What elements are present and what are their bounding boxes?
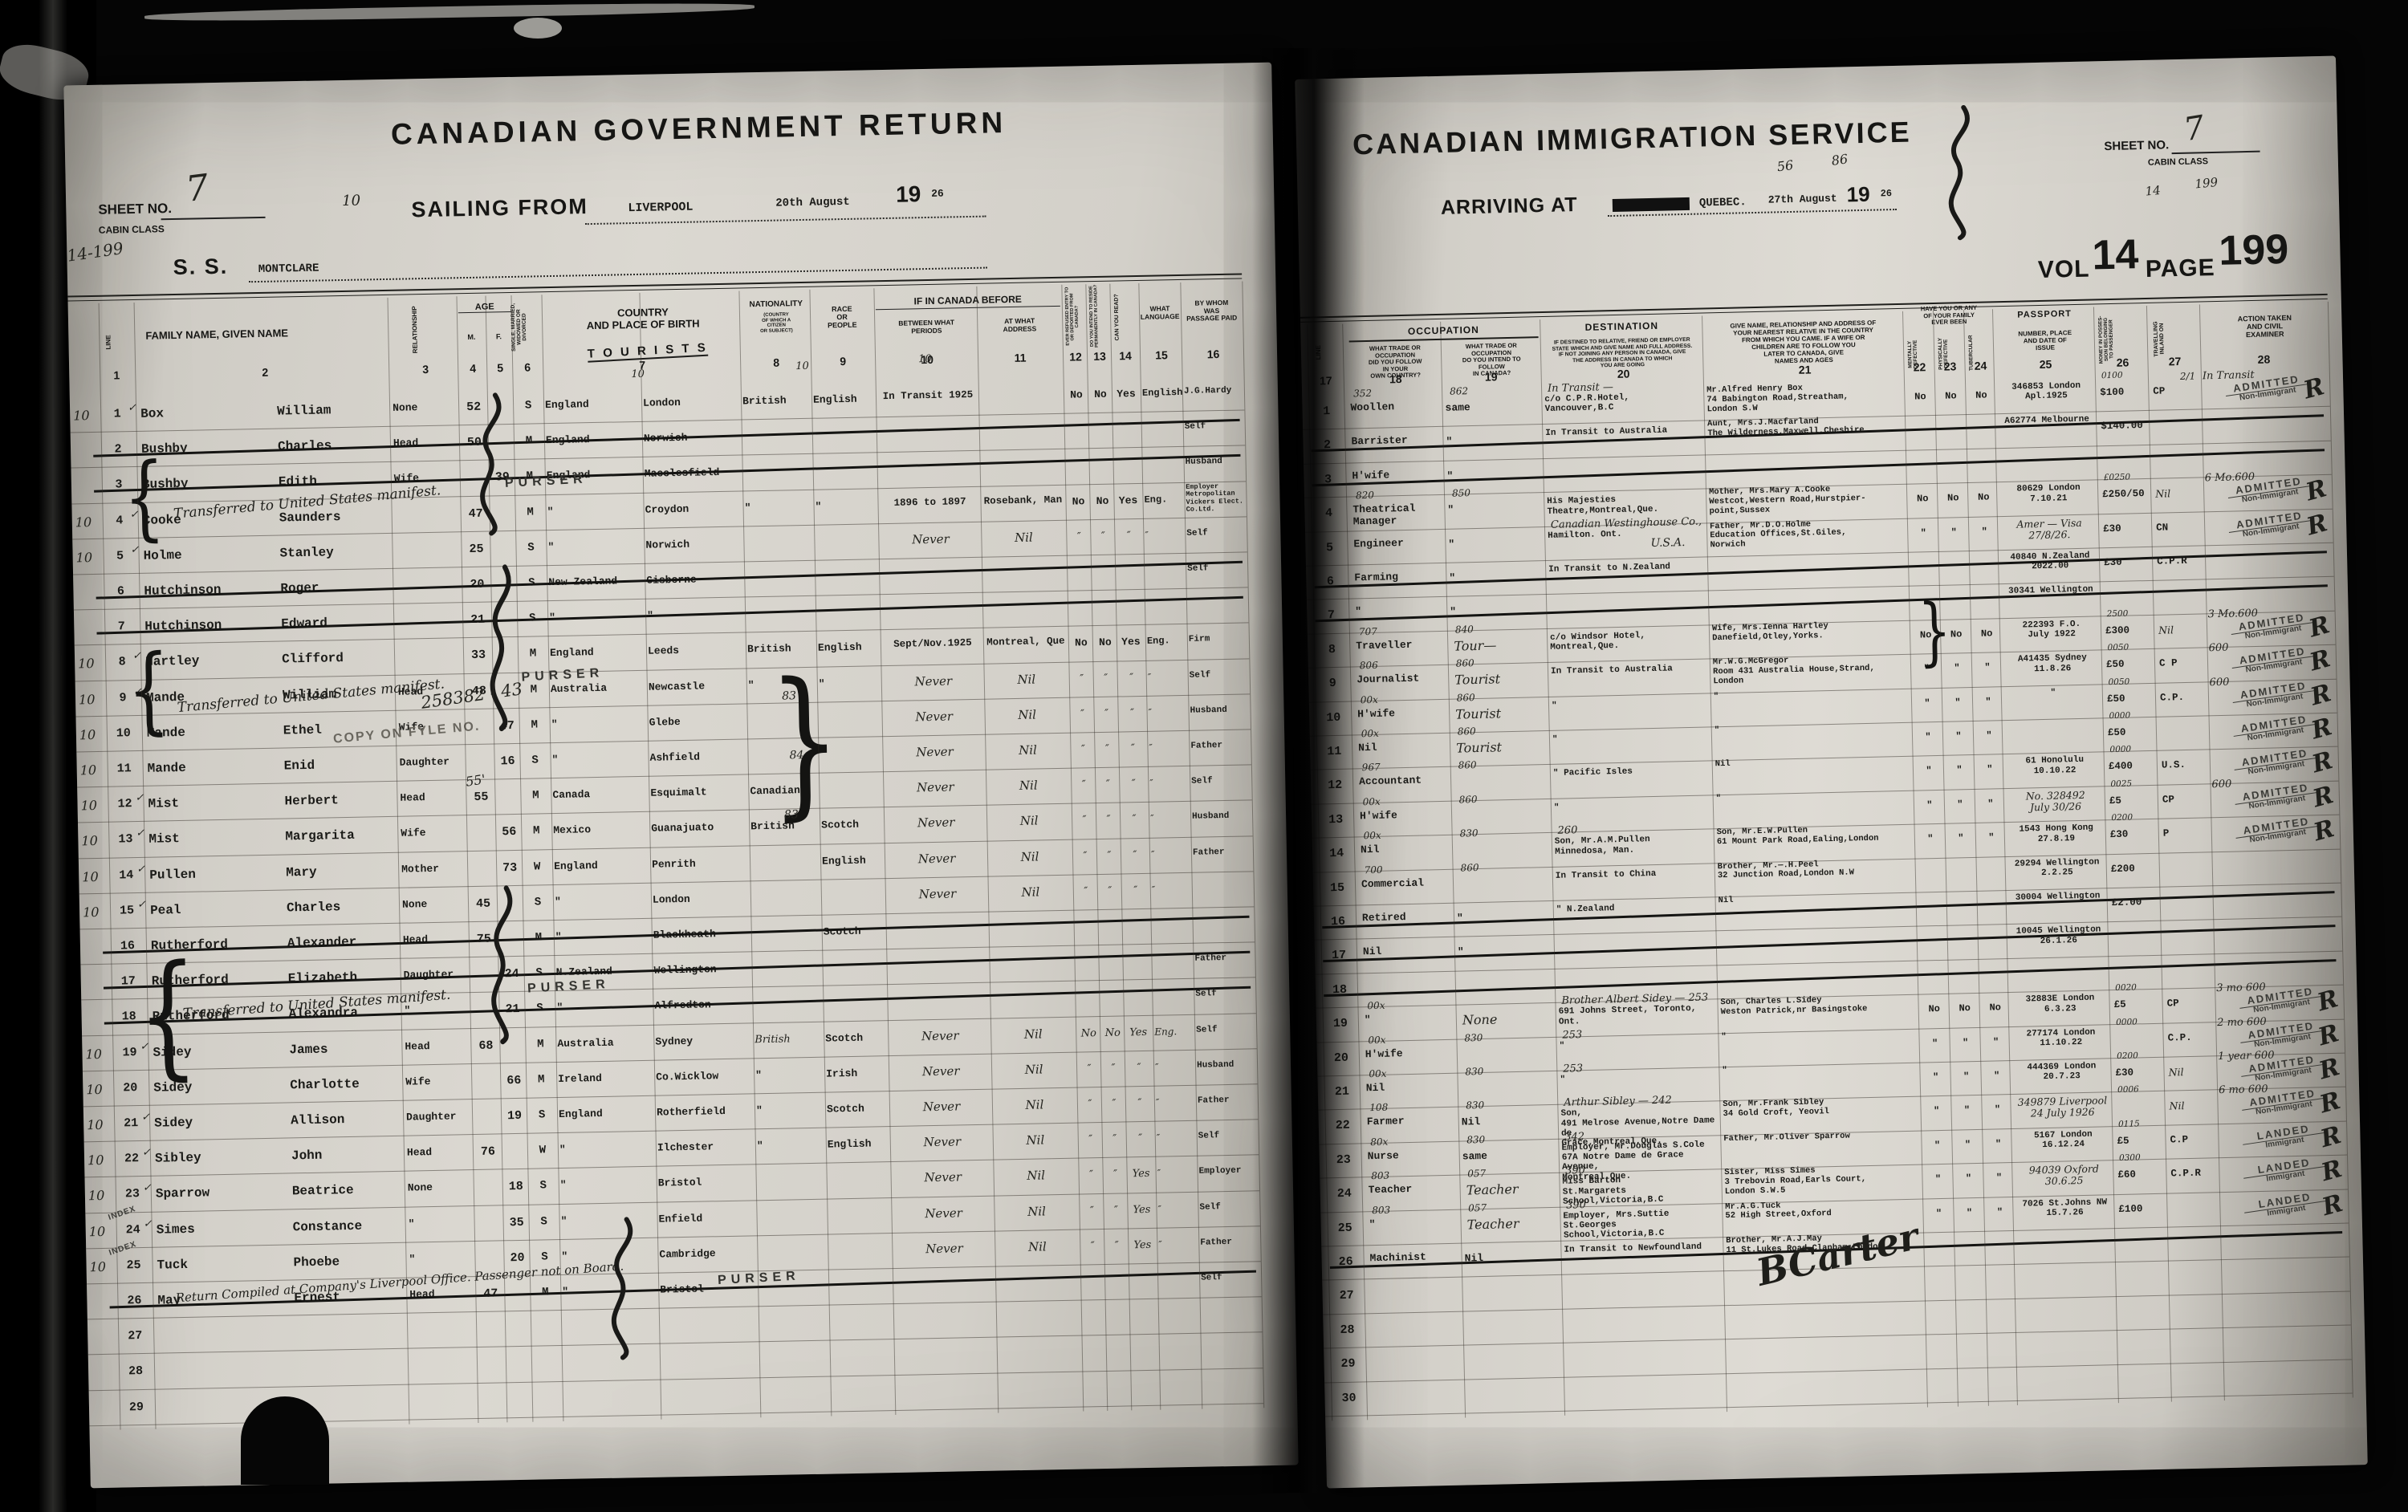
column-lines-left bbox=[63, 63, 1271, 86]
passage-paid-by: Self bbox=[1199, 1201, 1259, 1213]
family-name: Tuck bbox=[157, 1255, 291, 1272]
refused-entry: ″ bbox=[1078, 1063, 1100, 1075]
occ-intend-handwritten: Tourist bbox=[1454, 670, 1543, 687]
money-hand: 0100 bbox=[2101, 370, 2146, 380]
country-of-birth: " bbox=[560, 1177, 657, 1191]
refused-entry: ″ bbox=[1080, 1169, 1103, 1181]
nationality: British bbox=[755, 1032, 824, 1046]
canada-before-address: Nil bbox=[988, 813, 1070, 829]
passport: 29294 Wellington 2.2.25 bbox=[2008, 857, 2107, 879]
physically-defective: ″ bbox=[1946, 730, 1971, 742]
col-refused: EVER REFUSED ENTRY TO OR DEPORTED FROM C… bbox=[1065, 284, 1084, 348]
occ-intend-hand: 862 bbox=[1450, 384, 1498, 396]
reside-permanently: ″ bbox=[1104, 1169, 1127, 1181]
age: 73 bbox=[498, 860, 522, 875]
occ-intend-handwritten: Tour— bbox=[1454, 636, 1542, 653]
canada-before-periods: Never bbox=[886, 850, 987, 866]
family-name: Simes bbox=[157, 1220, 291, 1237]
handwritten-mark: 199 bbox=[2194, 175, 2219, 192]
reside-permanently: ″ bbox=[1092, 530, 1114, 543]
can-read: Yes bbox=[1125, 1026, 1151, 1038]
can-read: ″ bbox=[1119, 671, 1145, 684]
physically-defective: ″ bbox=[1945, 697, 1971, 709]
col-family-group: HAVE YOU OR ANY OF YOUR FAMILY EVER BEEN bbox=[1901, 304, 1998, 327]
occ-own-hand: 803 bbox=[1371, 1169, 1419, 1181]
place-of-birth: London bbox=[653, 892, 750, 905]
handwritten-mark: 55' bbox=[465, 771, 486, 790]
money-hand: 0050 bbox=[2108, 676, 2153, 686]
place-of-birth: Guanajuato bbox=[651, 821, 749, 835]
relationship: Head bbox=[400, 791, 467, 804]
col-name: FAMILY NAME, GIVEN NAME bbox=[145, 325, 386, 342]
passage-paid-by: Firm bbox=[1189, 634, 1249, 645]
destination: " bbox=[1552, 697, 1710, 711]
money-hand: 0050 bbox=[2107, 642, 2152, 652]
canada-before-periods: Never bbox=[885, 779, 986, 795]
passport: Amer — Visa 27/8/26. bbox=[2000, 517, 2099, 542]
age: 35 bbox=[504, 1215, 528, 1230]
passage-paid-by: Husband bbox=[1197, 1059, 1257, 1071]
handwritten-mark: 10 bbox=[795, 360, 809, 372]
money: £5 bbox=[2114, 998, 2161, 1010]
physically-defective: ″ bbox=[1953, 1071, 1979, 1083]
relationship: Wife bbox=[401, 826, 468, 839]
photographed-ledger: SHEET NO. 7 CABIN CLASS CANADIAN GOVERNM… bbox=[0, 0, 2408, 1512]
occ-intend-hand: 830 bbox=[1459, 827, 1507, 839]
can-read: ″ bbox=[1127, 1097, 1153, 1110]
money: £200 bbox=[2111, 862, 2158, 874]
arriving-port: QUEBEC. bbox=[1699, 196, 1747, 209]
given-name: James bbox=[289, 1040, 403, 1057]
examiner-signature: R bbox=[2317, 1120, 2348, 1153]
occupation-own-country: H'wife bbox=[1360, 809, 1451, 823]
marital-status: M bbox=[528, 1038, 552, 1051]
occupation-intend: " bbox=[1447, 502, 1539, 516]
place-of-birth: Bristol bbox=[658, 1176, 756, 1189]
canada-before-address: Nil bbox=[986, 742, 1068, 758]
page-number: 199 bbox=[2219, 226, 2289, 275]
canada-before-periods: Never bbox=[889, 1027, 990, 1043]
examiner-signature: R bbox=[2316, 1086, 2347, 1120]
annotations-left: 14-19910{Transferred to United States ma… bbox=[63, 63, 1271, 86]
destination: " bbox=[1554, 799, 1713, 813]
canada-before-periods: Never bbox=[890, 1063, 991, 1079]
reside-permanently: ″ bbox=[1104, 1204, 1127, 1217]
travelling-inland-on: C P bbox=[2159, 657, 2204, 669]
refused-entry: ″ bbox=[1079, 1098, 1101, 1111]
sheet-line bbox=[2172, 151, 2260, 154]
grouping-brace: } bbox=[768, 676, 842, 809]
occupation-own-country: Journalist bbox=[1357, 673, 1448, 686]
occupation-intend: " bbox=[1448, 536, 1540, 551]
occ-own-hand: 700 bbox=[1364, 863, 1412, 875]
place-of-birth: Leeds bbox=[648, 644, 746, 657]
family-name: Mist bbox=[148, 830, 283, 847]
country-of-birth: " bbox=[555, 894, 651, 908]
occupation-own-country: Nurse bbox=[1368, 1148, 1459, 1162]
check-mark: ✓ bbox=[137, 899, 150, 911]
canada-before-periods: Never bbox=[883, 709, 984, 725]
destination: 691 Johns Street, Toronto, Ont. bbox=[1559, 1003, 1719, 1026]
col-nationality-sub: (COUNTRY OF WHICH A CITIZEN OR SUBJECT) bbox=[744, 312, 809, 335]
language: Eng. bbox=[1144, 493, 1184, 505]
age: 25 bbox=[462, 542, 490, 556]
marital-status: S bbox=[516, 399, 540, 413]
tubercular: No bbox=[1968, 389, 1994, 401]
column-number: 14 bbox=[1112, 349, 1138, 363]
reside-permanently: ″ bbox=[1096, 743, 1118, 756]
margin-hand-ten: 10 bbox=[78, 656, 105, 672]
passage-paid-by: Husband bbox=[1192, 811, 1252, 823]
can-read: ″ bbox=[1119, 707, 1145, 720]
occupation-own-country: H'wife bbox=[1365, 1047, 1457, 1060]
money: £300 bbox=[2105, 624, 2152, 636]
relationship: Head bbox=[407, 1145, 474, 1159]
reside-permanently: No bbox=[1089, 388, 1112, 401]
passport: 61 Honolulu 10.10.22 bbox=[2006, 755, 2105, 777]
check-mark: ✓ bbox=[136, 863, 149, 875]
age: 19 bbox=[502, 1109, 527, 1124]
can-read: Yes bbox=[1129, 1239, 1155, 1252]
country-of-birth: " bbox=[551, 752, 648, 766]
physically-defective: No bbox=[1940, 492, 1966, 504]
nationality: " bbox=[757, 1139, 826, 1152]
examiner-signature: R bbox=[2303, 474, 2333, 507]
col-race: RACE OR PEOPLE bbox=[813, 304, 872, 330]
passport: 346853 London Apl.1925 bbox=[1997, 380, 2096, 402]
money: £30 bbox=[2110, 828, 2157, 840]
canada-before-periods: Never bbox=[891, 1099, 992, 1115]
country-of-birth: " bbox=[547, 503, 644, 517]
admitted-stamp: ADMITTEDNon-Immigrant bbox=[2235, 815, 2321, 847]
age: 16 bbox=[495, 754, 519, 769]
language: English bbox=[1142, 387, 1182, 399]
can-read: ″ bbox=[1121, 813, 1147, 826]
marital-status: M bbox=[523, 789, 547, 803]
travelling-inland-on: CP bbox=[2153, 385, 2198, 397]
country-of-birth: Ireland bbox=[558, 1071, 654, 1085]
tubercular: ″ bbox=[1977, 764, 2003, 776]
margin-hand-ten: 10 bbox=[89, 1258, 116, 1274]
language: ″ bbox=[1150, 812, 1190, 824]
margin-hand-ten: 10 bbox=[75, 550, 103, 566]
travelling-inland-on: Nil bbox=[2168, 1065, 2213, 1078]
landed-stamp: LANDEDImmigrant bbox=[2241, 1121, 2327, 1153]
vol-number: 14 bbox=[2092, 230, 2139, 279]
family-name: Peal bbox=[150, 900, 285, 917]
language: ″ bbox=[1151, 847, 1191, 860]
margin-hand-ten: 10 bbox=[88, 1188, 116, 1204]
column-number: 27 bbox=[2152, 355, 2197, 368]
col-nationality: NATIONALITY bbox=[741, 299, 811, 310]
age: 18 bbox=[504, 1180, 528, 1194]
occupation-intend: same bbox=[1462, 1148, 1554, 1163]
passage-paid-by: Self bbox=[1196, 1024, 1256, 1035]
reside-permanently: ″ bbox=[1095, 707, 1117, 720]
nearest-relative: Mother, Mrs.Mary A.Cooke Westcot,Western… bbox=[1709, 484, 1907, 517]
margin-hand-ten: 10 bbox=[87, 1117, 114, 1133]
mentally-defective: ″ bbox=[1926, 1207, 1951, 1219]
destination: Employer, Mrs.Suttie St.Georges School,V… bbox=[1563, 1208, 1723, 1241]
nationality: " bbox=[755, 1067, 824, 1081]
refused-entry: No bbox=[1077, 1027, 1100, 1040]
given-name: Phoebe bbox=[293, 1253, 407, 1270]
reside-permanently: ″ bbox=[1096, 778, 1119, 791]
column-number: 5 bbox=[488, 361, 512, 375]
place-of-birth: Co.Wicklow bbox=[656, 1069, 754, 1083]
check-mark: ✓ bbox=[142, 1147, 155, 1159]
money-hand: 0200 bbox=[2117, 1051, 2162, 1061]
sheet-no-label: SHEET NO. bbox=[2104, 138, 2169, 153]
sailing-year: 19 bbox=[896, 181, 921, 208]
occ-own-hand: 108 bbox=[1369, 1101, 1418, 1113]
place-of-birth: Glebe bbox=[649, 714, 747, 728]
occ-intend-hand: 830 bbox=[1465, 1065, 1513, 1077]
can-read: Yes bbox=[1118, 636, 1144, 648]
passage-paid-by: Husband bbox=[1186, 457, 1246, 468]
sailing-port: LIVERPOOL bbox=[628, 201, 693, 216]
place-of-birth: Esquimalt bbox=[650, 786, 748, 799]
money-hand: 0000 bbox=[2109, 710, 2154, 721]
column-numbers-left: 12345678910111213141516 bbox=[63, 63, 1271, 86]
line-number: 27 bbox=[121, 1329, 148, 1343]
col-address: AT WHAT ADDRESS bbox=[978, 317, 1060, 334]
given-name: William bbox=[277, 402, 391, 419]
family-name: Pullen bbox=[149, 865, 284, 882]
money-hand: 0300 bbox=[2119, 1152, 2164, 1163]
passage-paid-by: J.G.Hardy bbox=[1184, 385, 1244, 396]
column-number: 19 bbox=[1445, 369, 1538, 384]
occupation-own-country: Nil bbox=[1361, 843, 1452, 856]
passage-paid-by: Self bbox=[1190, 669, 1250, 681]
photo-mark bbox=[514, 18, 562, 39]
tubercular: ″ bbox=[1976, 730, 2002, 742]
col-age-f: F. bbox=[487, 332, 510, 341]
landed-stamp: LANDEDImmigrant bbox=[2243, 1189, 2329, 1221]
refused-entry: ″ bbox=[1068, 530, 1090, 543]
column-number: 24 bbox=[1967, 359, 1993, 372]
given-name: John bbox=[291, 1147, 405, 1164]
money-hand: 0115 bbox=[2118, 1119, 2163, 1129]
occupation-own-country: Traveller bbox=[1356, 639, 1447, 652]
examiner-signature: R bbox=[2300, 372, 2331, 405]
column-number: 1 bbox=[103, 368, 130, 382]
reside-permanently: ″ bbox=[1105, 1239, 1128, 1252]
annotations-right: 568614199}BCarter bbox=[1295, 56, 2336, 79]
destination: c/o Windsor Hotel, Montreal,Que. bbox=[1550, 629, 1710, 652]
canada-before-periods: Never bbox=[893, 1169, 994, 1185]
race: English bbox=[813, 392, 874, 405]
col-canada-before: IF IN CANADA BEFORE bbox=[876, 293, 1060, 310]
tubercular: No bbox=[1974, 628, 1999, 640]
canada-before-periods: Never bbox=[892, 1134, 993, 1150]
can-read: Yes bbox=[1115, 494, 1141, 507]
canada-before-address: Nil bbox=[982, 530, 1064, 546]
occ-intend-handwritten: None bbox=[1462, 1010, 1551, 1027]
sailing-from-label: SAILING FROM bbox=[411, 194, 588, 222]
canada-before-periods: Sept/Nov.1925 bbox=[882, 637, 983, 650]
passport: No. 328492 July 30/26 bbox=[2007, 789, 2105, 814]
column-number: 6 bbox=[515, 360, 539, 374]
language: ″ bbox=[1155, 1061, 1195, 1073]
ss-label: S. S. bbox=[173, 254, 228, 280]
mentally-defective: ″ bbox=[1923, 1071, 1949, 1083]
refused-entry: ″ bbox=[1073, 814, 1096, 827]
col-country: COUNTRY AND PLACE OF BIRTH bbox=[550, 306, 737, 333]
occ-intend-hand: 860 bbox=[1460, 861, 1508, 873]
age: 76 bbox=[474, 1145, 502, 1160]
margin-hand-ten: 10 bbox=[86, 1081, 113, 1097]
place-of-birth: Sydney bbox=[655, 1034, 753, 1047]
marital-status: W bbox=[525, 860, 549, 874]
reside-permanently: ″ bbox=[1102, 1062, 1125, 1075]
refused-entry: ″ bbox=[1081, 1240, 1104, 1253]
travelling-inland-on: C.P bbox=[2170, 1133, 2215, 1145]
col-age-m: M. bbox=[458, 333, 484, 342]
relationship: Mother bbox=[401, 862, 469, 876]
margin-hand-ten: 10 bbox=[73, 408, 100, 424]
can-read: ″ bbox=[1121, 778, 1146, 791]
language: ″ bbox=[1157, 1167, 1197, 1179]
canada-before-periods: Never bbox=[880, 531, 981, 547]
purser-flourish bbox=[481, 884, 521, 1050]
refused-entry: No bbox=[1067, 495, 1089, 508]
ss-line bbox=[249, 251, 987, 283]
occ-intend-hand: 850 bbox=[1452, 486, 1500, 498]
family-name: Sidey bbox=[154, 1113, 289, 1130]
money-hand: 0200 bbox=[2111, 812, 2156, 823]
language: ″ bbox=[1148, 706, 1188, 718]
nearest-relative: Son, Mr.E.W.Pullen 61 Mount Park Road,Ea… bbox=[1717, 824, 1914, 847]
money: £30 bbox=[2115, 1067, 2162, 1079]
refused-entry: ″ bbox=[1072, 743, 1094, 756]
occupation-own-country: H'wife bbox=[1357, 706, 1449, 720]
occupation-own-country: Theatrical Manager bbox=[1352, 502, 1445, 528]
refused-entry: ″ bbox=[1072, 778, 1095, 791]
language: ″ bbox=[1157, 1132, 1197, 1144]
purser-flourish bbox=[1938, 104, 1978, 246]
tubercular: No bbox=[1971, 491, 1996, 503]
canada-before-address: Nil bbox=[986, 671, 1068, 687]
nationality: " bbox=[744, 500, 813, 514]
travelling-inland-on: Nil bbox=[2155, 487, 2200, 500]
check-mark: ✓ bbox=[136, 827, 148, 839]
margin-hand-ten: 10 bbox=[79, 727, 107, 743]
physically-defective: ″ bbox=[1947, 799, 1973, 811]
country-of-birth: England bbox=[545, 397, 641, 411]
margin-hand-ten: 10 bbox=[85, 1046, 112, 1062]
passage-paid-by: Self bbox=[1198, 1130, 1259, 1141]
examiner-signature: R bbox=[2315, 1018, 2345, 1051]
tubercular: ″ bbox=[1971, 526, 1997, 538]
passport: A41435 Sydney 11.8.26 bbox=[2003, 653, 2102, 675]
mentally-defective: ″ bbox=[1925, 1173, 1950, 1185]
handwritten-mark: 10 bbox=[918, 353, 932, 365]
margin-hand-ten: 10 bbox=[79, 691, 106, 707]
grouping-brace: { bbox=[127, 650, 170, 729]
column-number: 2 bbox=[140, 364, 390, 381]
occ-own-hand: 803 bbox=[1372, 1203, 1420, 1215]
occ-intend-hand: 840 bbox=[1455, 623, 1503, 635]
occ-intend-hand: 860 bbox=[1458, 759, 1507, 771]
given-name: Clifford bbox=[282, 650, 396, 667]
col-reside: DO YOU INTEND TO RESIDE PERMANENTLY IN C… bbox=[1089, 284, 1108, 348]
mentally-defective: No bbox=[1907, 391, 1933, 403]
passage-paid-by: Self bbox=[1185, 421, 1245, 433]
tubercular: ″ bbox=[1975, 696, 2001, 708]
page-title: CANADIAN GOVERNMENT RETURN bbox=[377, 106, 1020, 152]
tubercular: ″ bbox=[1983, 1036, 2009, 1048]
handwritten-mark: 56 bbox=[1776, 157, 1795, 174]
reside-permanently: No bbox=[1091, 494, 1113, 507]
language: ″ bbox=[1156, 1096, 1196, 1108]
language: ″ bbox=[1149, 742, 1189, 754]
line-number: 11 bbox=[111, 762, 138, 776]
canada-before-address: Nil bbox=[992, 1026, 1074, 1042]
examiner-signature: R bbox=[2318, 1154, 2349, 1188]
money-hand: 0000 bbox=[2116, 1016, 2161, 1026]
can-read: Yes bbox=[1129, 1168, 1154, 1181]
canada-before-address: Nil bbox=[994, 1097, 1076, 1113]
line-number: 25 bbox=[120, 1258, 147, 1273]
reside-permanently: No bbox=[1101, 1026, 1124, 1039]
col-line: LINE bbox=[105, 319, 113, 366]
relationship: Head bbox=[405, 1039, 472, 1053]
occ-own-hand: 00x bbox=[1367, 999, 1415, 1011]
canada-before-periods: Never bbox=[893, 1240, 995, 1256]
passport: 5167 London 16.12.24 bbox=[2014, 1129, 2113, 1151]
photo-streak bbox=[144, 1, 755, 22]
passenger-rows-left: 101✓BoxWilliamNone52SEnglandLondonBritis… bbox=[63, 63, 1271, 86]
money: £400 bbox=[2109, 760, 2155, 772]
occupation-own-country: Farmer bbox=[1367, 1115, 1458, 1128]
examiner-signature: R bbox=[2307, 644, 2337, 677]
column-number: 22 bbox=[1906, 360, 1932, 374]
passport: 80629 London 7.10.21 bbox=[1999, 483, 2098, 505]
admitted-stamp: ADMITTEDNon-Immigrant bbox=[2232, 713, 2318, 745]
mentally-defective: ″ bbox=[1924, 1140, 1950, 1152]
col-passport-group: PASSPORT bbox=[1997, 308, 2092, 320]
can-read: ″ bbox=[1123, 884, 1149, 897]
occupation-own-country: " bbox=[1369, 1217, 1460, 1230]
margin-hand-ten: 10 bbox=[81, 833, 108, 849]
relationship: Daughter bbox=[406, 1110, 474, 1124]
passage-paid-by: Self bbox=[1186, 527, 1247, 539]
race: Scotch bbox=[825, 1031, 886, 1044]
occ-own-hand: 707 bbox=[1359, 625, 1407, 637]
money: £5 bbox=[2109, 795, 2156, 807]
left-page-government-return: SHEET NO. 7 CABIN CLASS CANADIAN GOVERNM… bbox=[63, 63, 1298, 1489]
right-page-immigration-service: CANADIAN IMMIGRATION SERVICE ARRIVING AT… bbox=[1295, 56, 2368, 1489]
given-name: Enid bbox=[284, 757, 398, 774]
canada-before-address: Nil bbox=[986, 707, 1068, 723]
destination: Son, Mr.A.M.Pullen Minnedosa, Man. bbox=[1555, 834, 1714, 857]
margin-hand-ten: 10 bbox=[75, 514, 103, 530]
column-lines-right bbox=[1295, 56, 2336, 79]
check-mark: ✓ bbox=[143, 1182, 156, 1194]
physically-defective: No bbox=[1952, 1002, 1978, 1014]
column-number: 15 bbox=[1141, 348, 1182, 362]
passport: 277174 London 11.10.22 bbox=[2011, 1027, 2110, 1049]
tubercular: ″ bbox=[1978, 798, 2003, 810]
nearest-relative: Wife, Mrs.Ienna Hartley Danefield,Otley,… bbox=[1712, 620, 1910, 644]
examiner-signature: R bbox=[2309, 746, 2340, 779]
country-of-birth: England bbox=[550, 645, 646, 659]
examiner-signature: R bbox=[2310, 780, 2341, 814]
mentally-defective: ″ bbox=[1915, 731, 1941, 743]
occ-own-hand: 00x bbox=[1363, 795, 1411, 807]
check-mark: ✓ bbox=[135, 792, 148, 804]
